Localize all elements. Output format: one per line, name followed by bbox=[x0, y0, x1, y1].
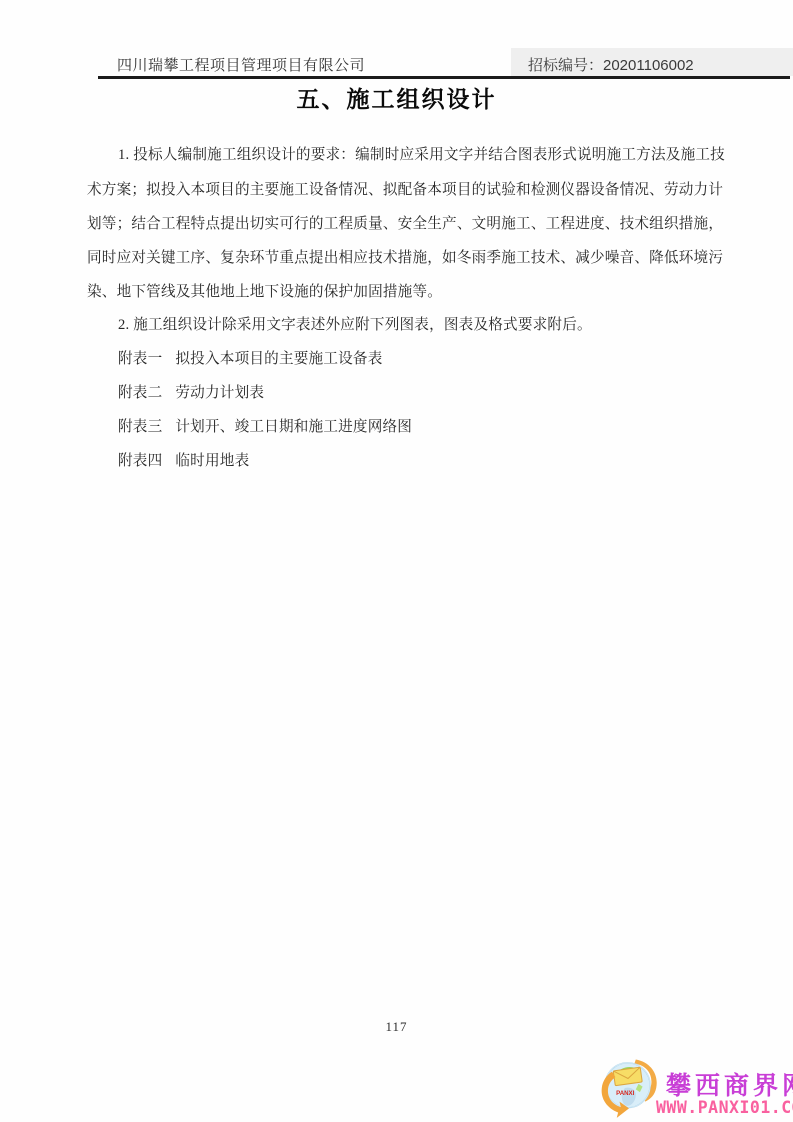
paragraph1-line1: 1. 投标人编制施工组织设计的要求：编制时应采用文字并结合图表形式说明施工方法及… bbox=[118, 145, 725, 165]
watermark-site-name: 攀西商界网 bbox=[666, 1066, 793, 1102]
watermark: PANXI 攀西商界网 WWW.PANXI01.COM bbox=[590, 1050, 793, 1122]
paragraph1-line3: 划等；结合工程特点提出切实可行的工程质量、安全生产、文明施工、工程进度、技术组织… bbox=[87, 214, 723, 234]
header-tender-number: 招标编号：20201106002 bbox=[528, 54, 694, 75]
attachment-label: 附表三 bbox=[118, 419, 162, 435]
attachment-item-3: 附表三计划开、竣工日期和施工进度网络图 bbox=[118, 417, 412, 437]
attachment-title: 拟投入本项目的主要施工设备表 bbox=[175, 351, 382, 367]
attachment-title: 临时用地表 bbox=[175, 453, 249, 469]
paragraph1-line4: 同时应对关键工序、复杂环节重点提出相应技术措施，如冬雨季施工技术、减少噪音、降低… bbox=[87, 248, 723, 268]
document-page: 四川瑞攀工程项目管理项目有限公司 招标编号：20201106002 五、施工组织… bbox=[0, 0, 793, 1122]
attachment-item-2: 附表二劳动力计划表 bbox=[118, 383, 264, 403]
attachment-item-1: 附表一拟投入本项目的主要施工设备表 bbox=[118, 349, 383, 369]
attachment-title: 计划开、竣工日期和施工进度网络图 bbox=[175, 419, 412, 435]
page-number: 117 bbox=[0, 1019, 793, 1035]
paragraph1-line2: 术方案；拟投入本项目的主要施工设备情况、拟配备本项目的试验和检测仪器设备情况、劳… bbox=[87, 180, 723, 200]
attachment-title: 劳动力计划表 bbox=[175, 385, 264, 401]
header-rule bbox=[98, 76, 790, 79]
page-title: 五、施工组织设计 bbox=[0, 81, 793, 114]
paragraph2: 2. 施工组织设计除采用文字表述外应附下列图表，图表及格式要求附后。 bbox=[118, 315, 592, 335]
attachment-item-4: 附表四临时用地表 bbox=[118, 451, 249, 471]
logo-text: PANXI bbox=[616, 1090, 635, 1097]
header-company-name: 四川瑞攀工程项目管理项目有限公司 bbox=[117, 54, 365, 75]
attachment-label: 附表一 bbox=[118, 351, 162, 367]
attachment-label: 附表二 bbox=[118, 385, 162, 401]
attachment-label: 附表四 bbox=[118, 453, 162, 469]
panxi-globe-logo-icon: PANXI bbox=[592, 1054, 666, 1122]
watermark-site-url: WWW.PANXI01.COM bbox=[656, 1098, 793, 1117]
paragraph1-line5: 染、地下管线及其他地上地下设施的保护加固措施等。 bbox=[87, 282, 442, 302]
